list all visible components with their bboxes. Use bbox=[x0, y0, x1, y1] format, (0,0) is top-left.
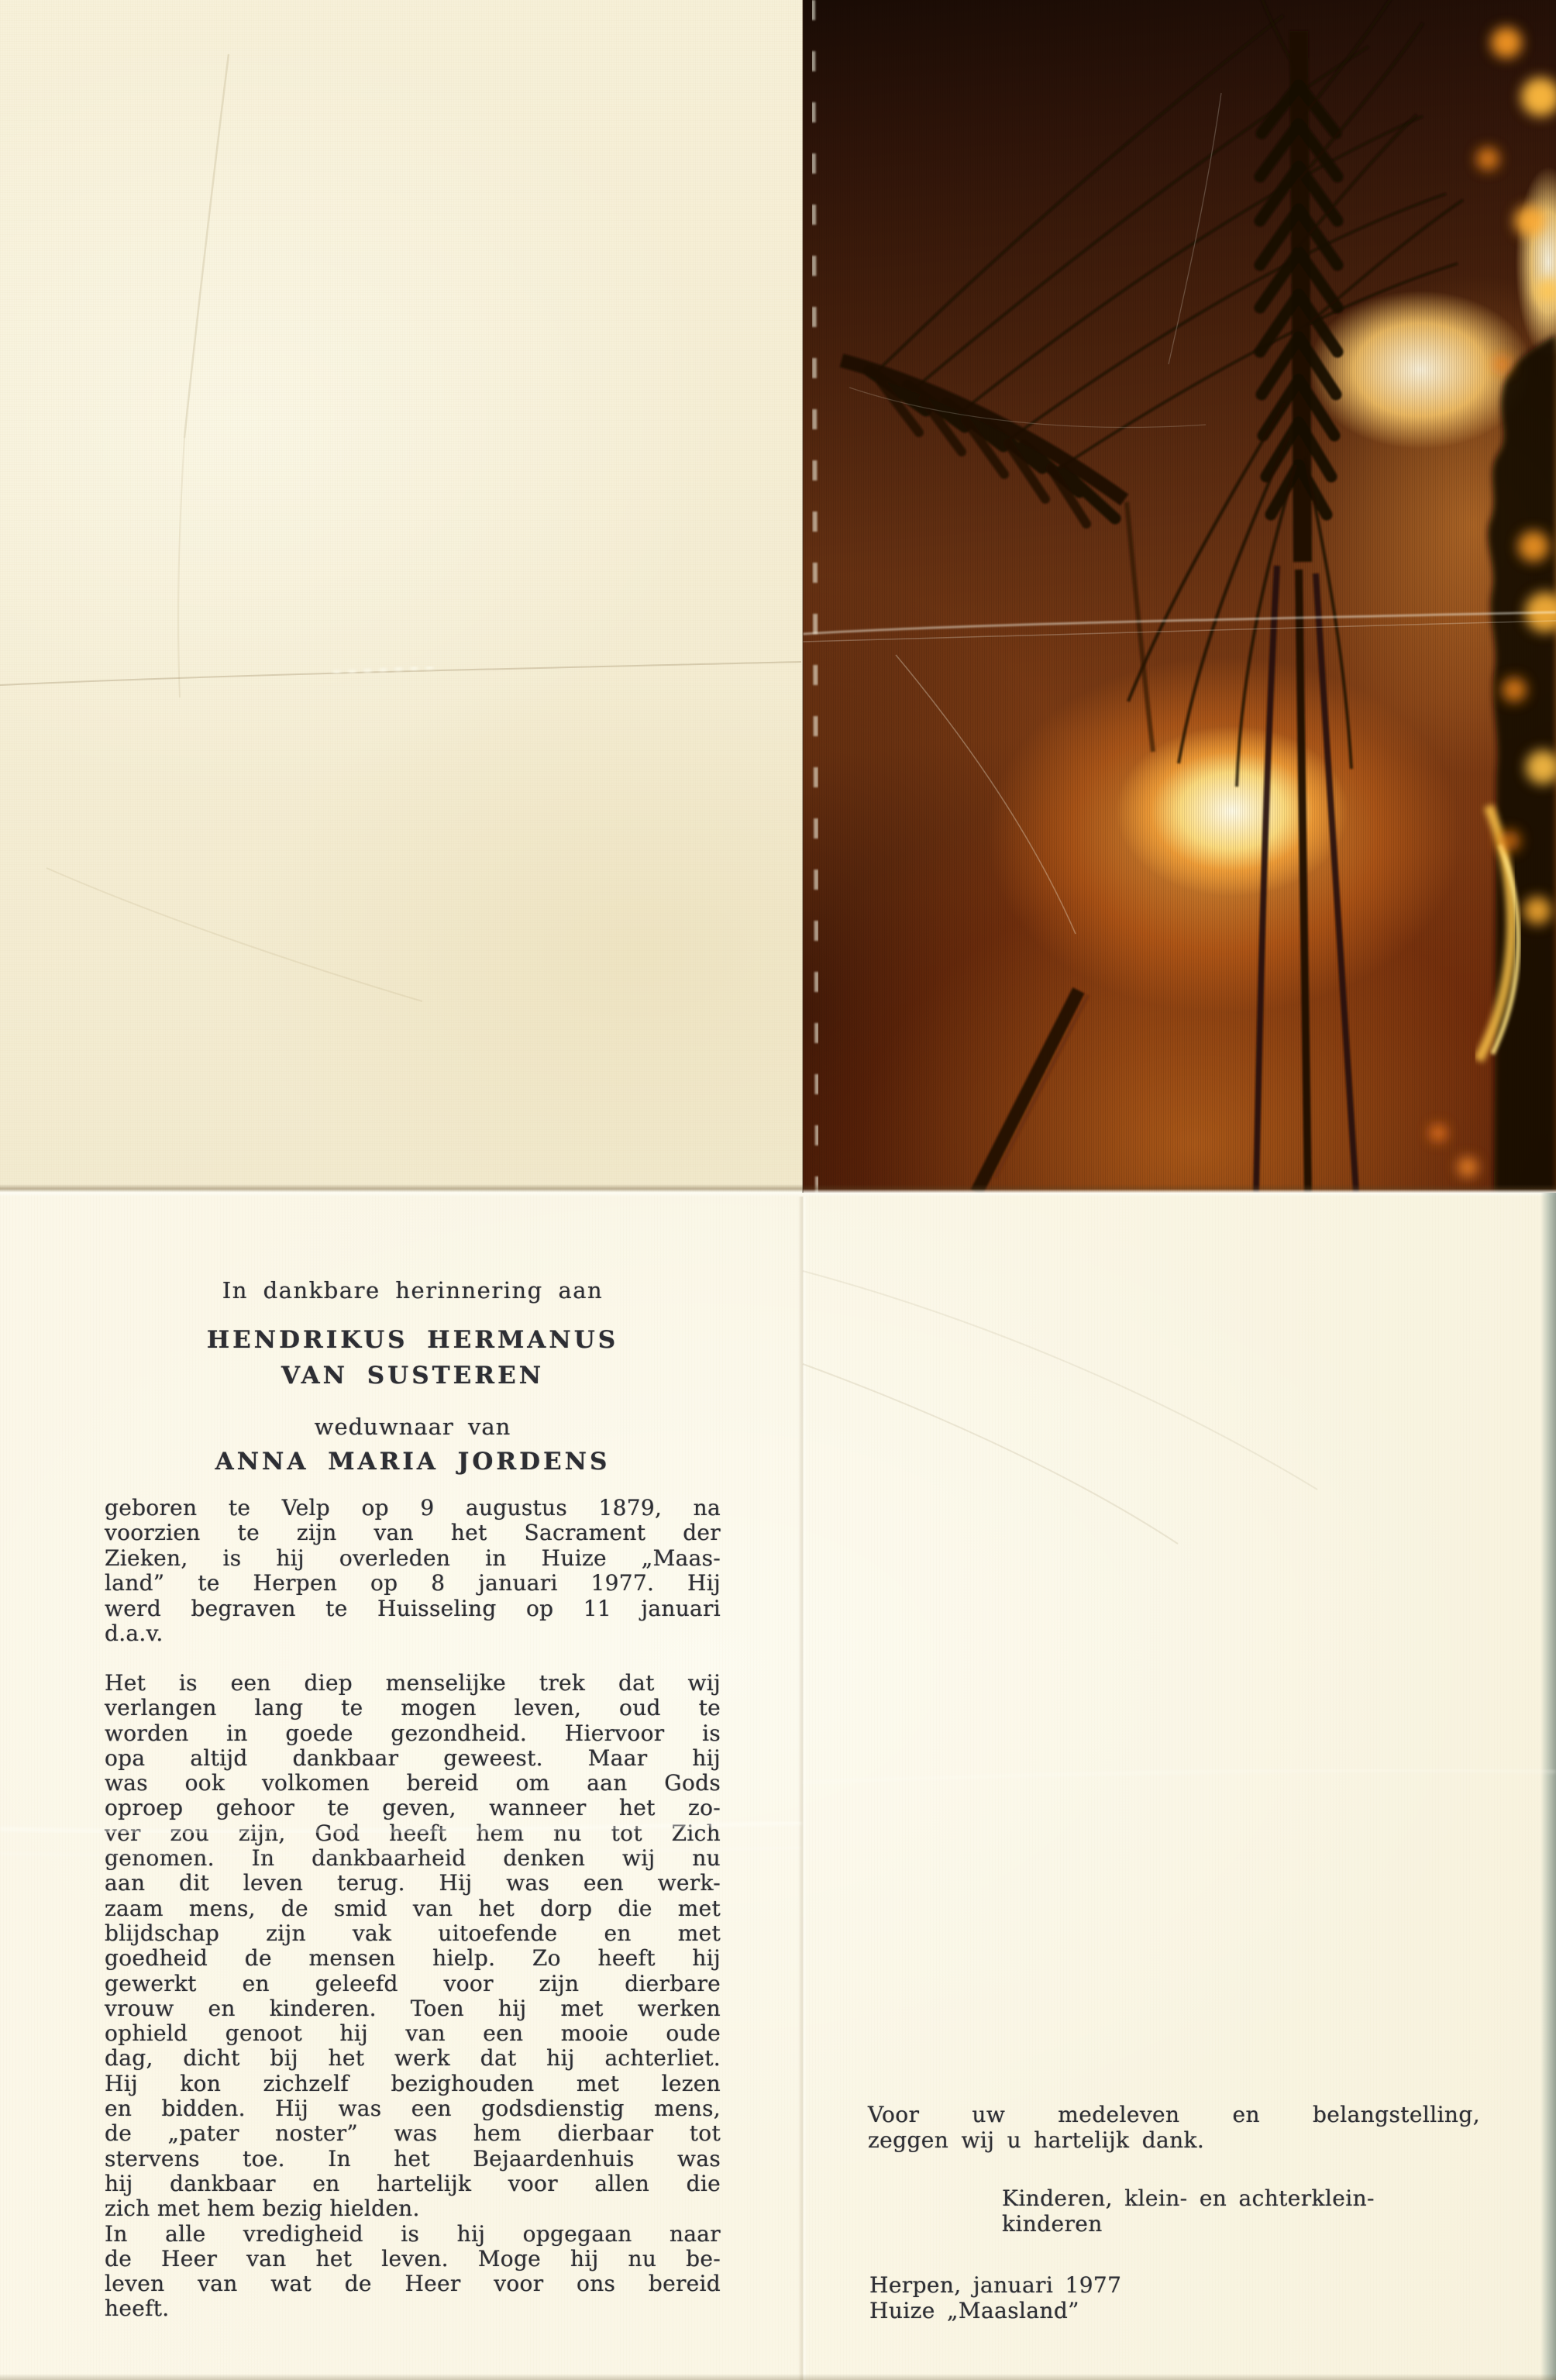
text-line: was ook volkomen bereid om aan Gods bbox=[105, 1771, 721, 1796]
card-back-blank-page bbox=[0, 0, 803, 1193]
text-line: Hij kon zichzelf bezighouden met lezen bbox=[105, 2072, 721, 2096]
text-line: verlangen lang te mogen leven, oud te bbox=[105, 1696, 721, 1720]
cover-photo bbox=[803, 0, 1556, 1193]
text-line: voorzien te zijn van het Sacrament der bbox=[105, 1521, 721, 1545]
text-line: Het is een diep menselijke trek dat wij bbox=[105, 1671, 721, 1696]
closing-paragraph: In alle vredigheid is hij opgegaan naard… bbox=[105, 2222, 721, 2322]
drooping-wheat-ear-icon bbox=[842, 15, 1458, 524]
page-seam bbox=[0, 1184, 1556, 1197]
cover-photo-illustration bbox=[803, 0, 1556, 1193]
text-line: de Heer van het leven. Moge hij nu be- bbox=[105, 2247, 721, 2272]
place-date-block: Herpen, januari 1977 Huize „Maasland” bbox=[869, 2272, 1350, 2323]
text-line: land” te Herpen op 8 januari 1977. Hij bbox=[105, 1571, 721, 1596]
text-line: hij dankbaar en hartelijk voor allen die bbox=[105, 2172, 721, 2196]
text-line: zich met hem bezig hielden. bbox=[105, 2196, 721, 2221]
text-line: aan dit leven terug. Hij was een werk- bbox=[105, 1871, 721, 1896]
text-line: vrouw en kinderen. Toen hij met werken bbox=[105, 1996, 721, 2021]
birth-death-paragraph: geboren te Velp op 9 augustus 1879, navo… bbox=[105, 1496, 721, 1646]
text-line: oproep gehoor te geven, wanneer het zo- bbox=[105, 1796, 721, 1820]
text-line: goedheid de mensen hielp. Zo heeft hij bbox=[105, 1946, 721, 1971]
text-line: VAN SUSTEREN bbox=[105, 1358, 721, 1393]
text-line: stervens toe. In het Bejaardenhuis was bbox=[105, 2147, 721, 2172]
text-line: In alle vredigheid is hij opgegaan naar bbox=[105, 2222, 721, 2247]
text-line: Voor uw medeleven en belangstelling, bbox=[868, 2102, 1480, 2127]
text-line: worden in goede gezondheid. Hiervoor is bbox=[105, 1721, 721, 1746]
text-line: leven van wat de Heer voor ons bereid bbox=[105, 2272, 721, 2296]
center-fold-line bbox=[798, 1197, 807, 2380]
spouse-name: ANNA MARIA JORDENS bbox=[105, 1448, 721, 1476]
deceased-name: HENDRIKUS HERMANUSVAN SUSTEREN bbox=[105, 1322, 721, 1393]
text-line: de „pater noster” was hem dierbaar tot bbox=[105, 2121, 721, 2146]
thanks-paragraph: Voor uw medeleven en belangstelling,zegg… bbox=[868, 2102, 1480, 2153]
signature-lines: Kinderen, klein- en achterklein-kinderen bbox=[1002, 2185, 1513, 2237]
relation-line: weduwnaar van bbox=[105, 1414, 721, 1440]
text-line: genomen. In dankbaarheid denken wij nu bbox=[105, 1846, 721, 1871]
text-line: zeggen wij u hartelijk dank. bbox=[868, 2127, 1480, 2153]
memorial-card-scan: { "card": { "photo_subject": "wheat-ears… bbox=[0, 0, 1556, 2380]
text-line: opa altijd dankbaar geweest. Maar hij bbox=[105, 1746, 721, 1771]
text-line: ver zou zijn, God heeft hem nu tot Zich bbox=[105, 1821, 721, 1846]
text-line: zaam mens, de smid van het dorp die met bbox=[105, 1896, 721, 1921]
house-name-line: Huize „Maasland” bbox=[869, 2298, 1350, 2323]
text-line: werd begraven te Huisseling op 11 januar… bbox=[105, 1596, 721, 1621]
place-date-line: Herpen, januari 1977 bbox=[869, 2272, 1350, 2298]
page-right-edge bbox=[1541, 1193, 1556, 2380]
text-line: gewerkt en geleefd voor zijn dierbare bbox=[105, 1972, 721, 1996]
text-line: d.a.v. bbox=[105, 1621, 721, 1646]
text-line: ophield genoot hij van een mooie oude bbox=[105, 2021, 721, 2046]
text-line: heeft. bbox=[105, 2296, 721, 2321]
life-story-paragraph: Het is een diep menselijke trek dat wijv… bbox=[105, 1671, 721, 2222]
intro-line: In dankbare herinnering aan bbox=[105, 1277, 721, 1304]
wheat-stems-icon bbox=[976, 502, 1356, 1193]
text-line: HENDRIKUS HERMANUS bbox=[105, 1322, 721, 1358]
text-line: Zieken, is hij overleden in Huize „Maas- bbox=[105, 1546, 721, 1571]
page-bottom-edge bbox=[0, 2374, 1556, 2380]
text-line: dag, dicht bij het werk dat hij achterli… bbox=[105, 2046, 721, 2071]
text-line: blijdschap zijn vak uitoefende en met bbox=[105, 1921, 721, 1946]
text-line: kinderen bbox=[1002, 2211, 1513, 2237]
text-line: Kinderen, klein- en achterklein- bbox=[1002, 2185, 1513, 2211]
text-line: en bidden. Hij was een godsdienstig mens… bbox=[105, 2096, 721, 2121]
text-line: geboren te Velp op 9 augustus 1879, na bbox=[105, 1496, 721, 1521]
